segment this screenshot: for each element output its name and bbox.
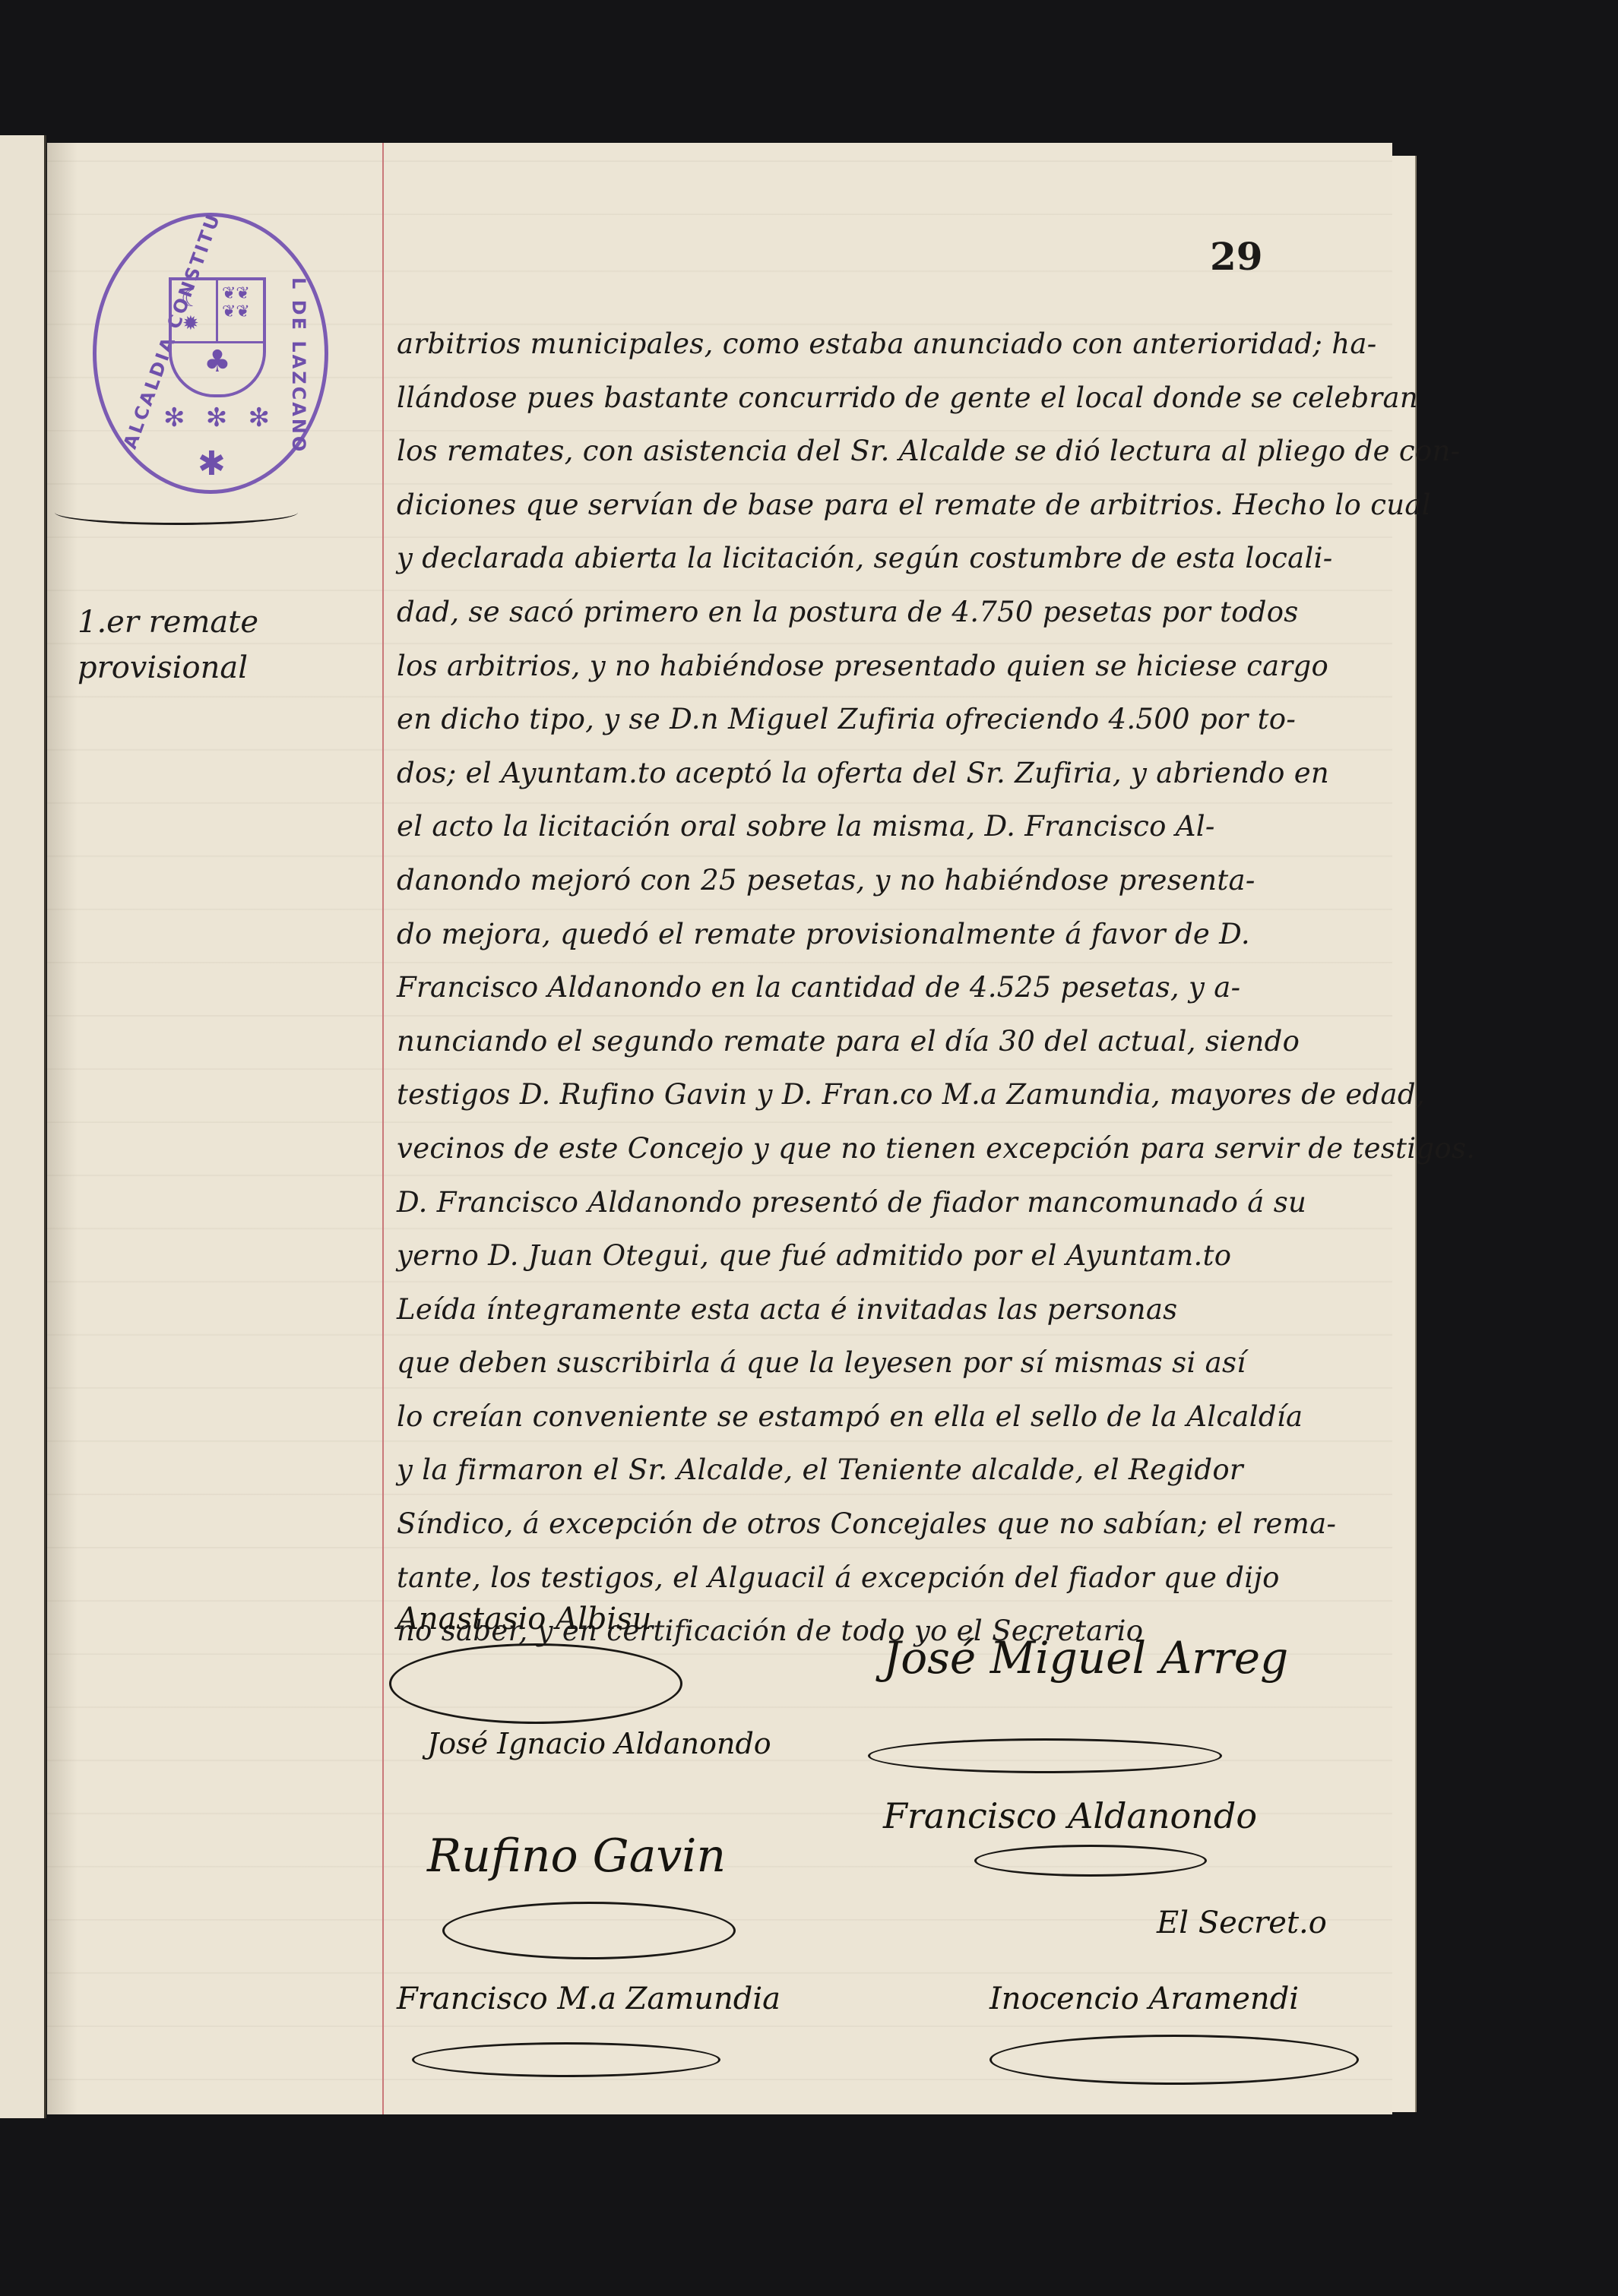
star-icon: ✻	[249, 403, 271, 433]
signature-francisco-zamundia: Francisco M.a Zamundia	[397, 1981, 781, 2016]
text-line: dos; el Ayuntam.to aceptó la oferta del …	[397, 747, 1381, 801]
facing-page-edge	[0, 135, 46, 2118]
text-line: yerno D. Juan Otegui, que fué admitido p…	[397, 1229, 1381, 1283]
text-line: en dicho tipo, y se D.n Miguel Zufiria o…	[397, 693, 1381, 747]
text-line: D. Francisco Aldanondo presentó de fiado…	[397, 1176, 1381, 1230]
page-number: 29	[1210, 234, 1263, 279]
signature-flourish	[974, 1845, 1207, 1877]
star-icon: ✻	[206, 403, 228, 433]
coat-of-arms-icon: ☾ ✹ ❦❦❦❦ ♣	[169, 277, 266, 397]
handwritten-body: arbitrios municipales, como estaba anunc…	[397, 318, 1381, 1659]
text-line: diciones que servían de base para el rem…	[397, 479, 1381, 533]
star-icon: ✹	[182, 312, 199, 335]
margin-note-remate: 1.er remate	[78, 605, 351, 640]
signature-jose-ignacio-aldanondo: José Ignacio Aldanondo	[427, 1727, 771, 1760]
secretary-title: El Secret.o	[1157, 1905, 1327, 1940]
asterisk-icon: ✱	[198, 444, 226, 483]
signatures-block: Anastasio Albisu José Miguel Arreg José …	[397, 1602, 1385, 2103]
text-line: y la firmaron el Sr. Alcalde, el Tenient…	[397, 1444, 1381, 1497]
text-line: el acto la licitación oral sobre la mism…	[397, 800, 1381, 854]
stamp-stars: ✻ ✻ ✻	[163, 403, 270, 433]
text-line: nunciando el segundo remate para el día …	[397, 1015, 1381, 1069]
text-line: tante, los testigos, el Alguacil á excep…	[397, 1551, 1381, 1605]
leaves-icon: ❦❦❦❦	[222, 285, 250, 321]
signature-flourish	[412, 2042, 720, 2077]
text-line: testigos D. Rufino Gavin y D. Fran.co M.…	[397, 1068, 1381, 1122]
flourish-mark	[55, 500, 298, 525]
gutter-shadow	[47, 143, 78, 2114]
municipal-stamp: ALCALDIA CONSTITU L DE LAZCANO ☾ ✹ ❦❦❦❦ …	[93, 213, 328, 494]
signature-flourish	[442, 1902, 736, 1959]
moon-icon: ☾	[181, 288, 201, 311]
signature-jose-miguel: José Miguel Arreg	[883, 1632, 1288, 1684]
text-line: dad, se sacó primero en la postura de 4.…	[397, 586, 1381, 640]
text-line: arbitrios municipales, como estaba anunc…	[397, 318, 1381, 372]
text-line: lo creían conveniente se estampó en ella…	[397, 1390, 1381, 1444]
signature-rufino-gavin: Rufino Gavin	[427, 1830, 726, 1883]
text-line: los arbitrios, y no habiéndose presentad…	[397, 640, 1381, 694]
text-line: do mejora, quedó el remate provisionalme…	[397, 908, 1381, 962]
tree-icon: ♣	[204, 350, 231, 373]
margin-note-provisional: provisional	[78, 650, 351, 685]
text-line: llándose pues bastante concurrido de gen…	[397, 372, 1381, 425]
document-page: ALCALDIA CONSTITU L DE LAZCANO ☾ ✹ ❦❦❦❦ …	[47, 143, 1392, 2114]
text-line: Síndico, á excepción de otros Concejales…	[397, 1497, 1381, 1551]
signature-flourish	[989, 2035, 1359, 2085]
text-line: vecinos de este Concejo y que no tienen …	[397, 1122, 1381, 1176]
signature-flourish	[868, 1738, 1222, 1773]
signature-anastasio-albisu: Anastasio Albisu	[397, 1602, 651, 1637]
text-line: Leída íntegramente esta acta é invitadas…	[397, 1283, 1381, 1337]
stamp-text-right: L DE LAZCANO	[288, 277, 309, 454]
text-line: y declarada abierta la licitación, según…	[397, 532, 1381, 586]
signature-flourish	[389, 1643, 682, 1724]
text-line: danondo mejoró con 25 pesetas, y no habi…	[397, 854, 1381, 908]
text-line: Francisco Aldanondo en la cantidad de 4.…	[397, 961, 1381, 1015]
signature-inocencio-aramendi: Inocencio Aramendi	[989, 1981, 1299, 2016]
star-icon: ✻	[163, 403, 185, 433]
text-line: que deben suscribirla á que la leyesen p…	[397, 1336, 1381, 1390]
signature-francisco-aldanondo: Francisco Aldanondo	[883, 1795, 1257, 1836]
margin-rule-line	[382, 143, 384, 2114]
text-line: los remates, con asistencia del Sr. Alca…	[397, 425, 1381, 479]
